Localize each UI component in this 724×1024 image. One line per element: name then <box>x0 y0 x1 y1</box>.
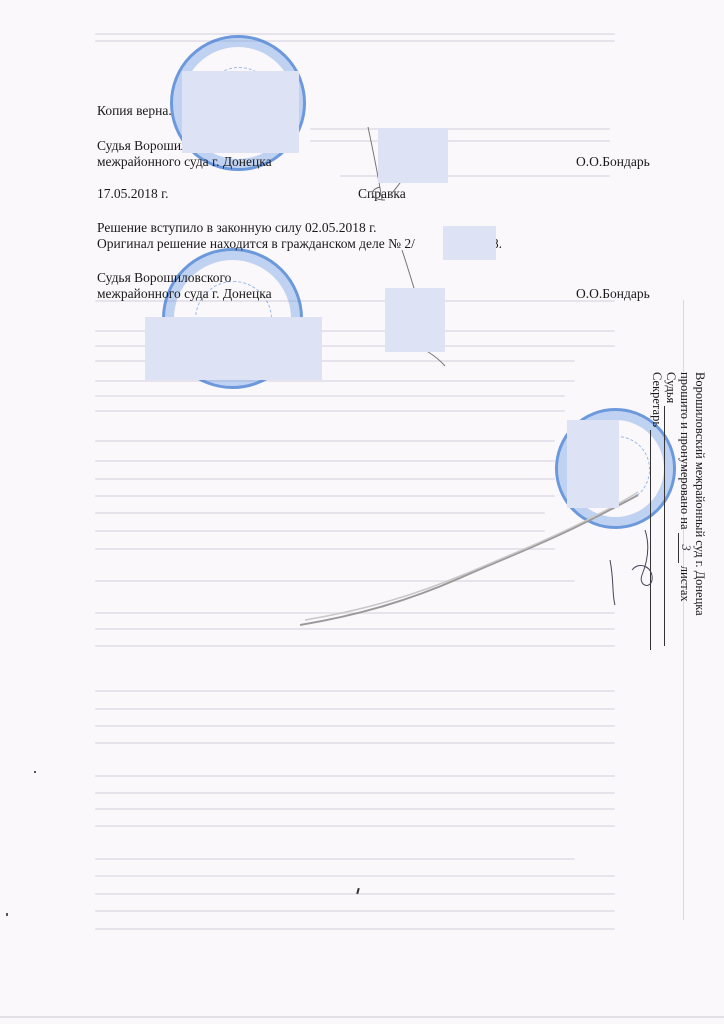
handwritten-signature <box>590 520 680 610</box>
correction-stroke <box>300 490 640 640</box>
side-stamp-pages: прошито и пронумеровано на 3 листах <box>678 372 693 690</box>
judge-name: О.О.Бондарь <box>576 154 650 170</box>
judge-title: межрайонного суда г. Донецка <box>97 286 272 302</box>
redacted-stamp-text <box>145 317 322 380</box>
page-count: 3 <box>678 533 693 563</box>
scan-speck <box>34 771 36 773</box>
judge-name: О.О.Бондарь <box>576 286 650 302</box>
bottom-edge <box>0 1016 724 1018</box>
redacted-signature <box>378 128 448 183</box>
scan-speck <box>6 913 8 916</box>
effective-date-text: Решение вступило в законную силу 02.05.2… <box>97 220 377 236</box>
side-stamp-court: Ворошиловский межрайонный суд г. Донецка <box>693 372 707 690</box>
document-page: Копия верна. Судья Ворошиловского межрай… <box>0 0 724 1024</box>
case-location-prefix: Оригинал решение находится в гражданском… <box>97 236 415 251</box>
redacted-signature <box>182 71 299 153</box>
judge-title: межрайонного суда г. Донецка <box>97 154 272 170</box>
redacted-signature <box>385 288 445 352</box>
copy-true-label: Копия верна. <box>97 103 172 119</box>
certification-date: 17.05.2018 г. <box>97 186 169 202</box>
redacted-case-number <box>443 226 496 260</box>
redacted-stamp-text <box>567 420 619 508</box>
judge-title: Судья Ворошиловского <box>97 270 231 286</box>
